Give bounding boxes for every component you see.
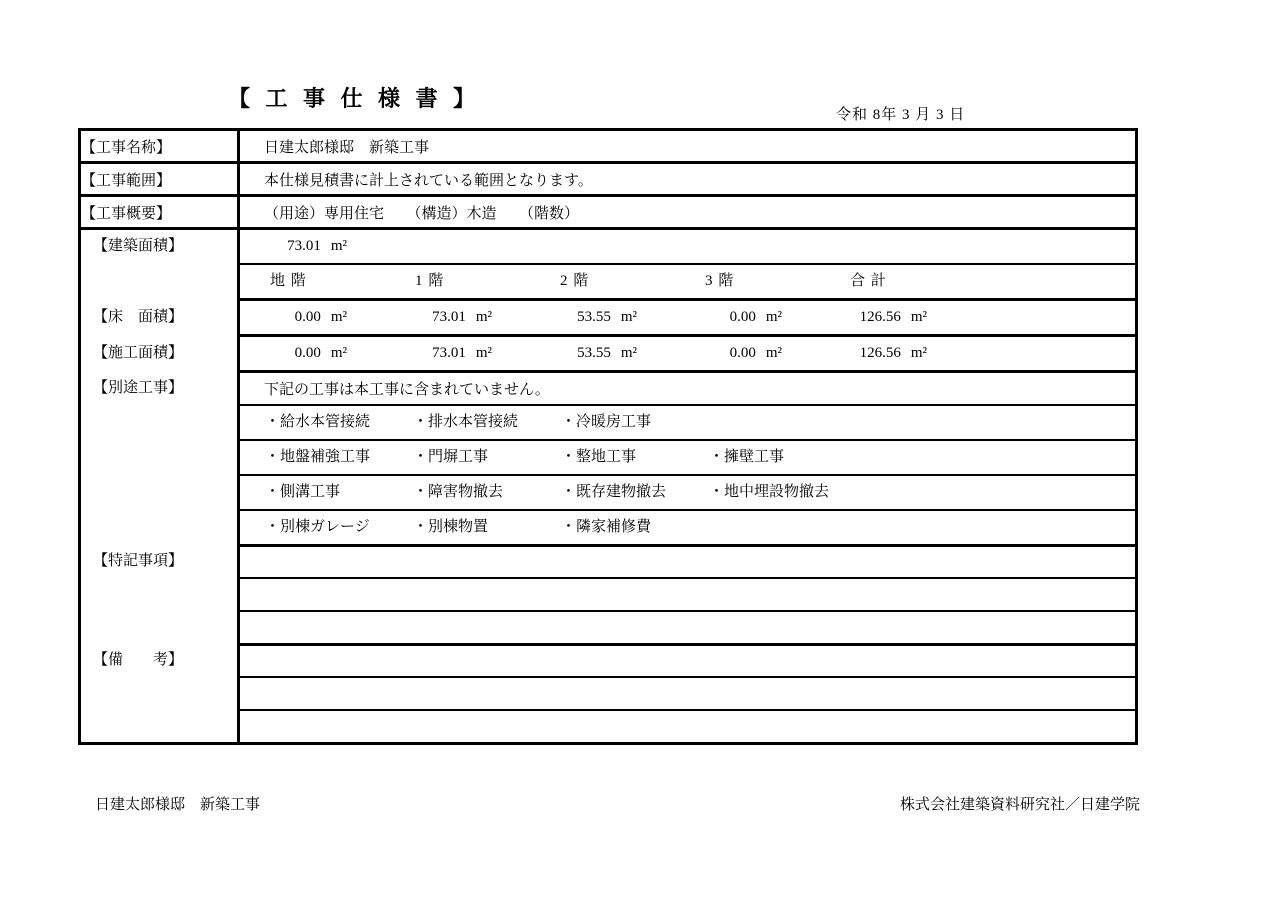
area-value-cell: 0.00m² [240,301,385,334]
separate-work-item: ・側溝工事 [265,476,413,509]
work-summary-label: 【工事概要】 [80,196,239,229]
building-area-value: 73.01m² [240,230,385,263]
specification-table: 【工事名称】 日建太郎様邸 新築工事 【工事範囲】 本仕様見積書に計上されている… [78,128,1138,745]
area-value-cell: 126.56m² [820,301,965,334]
work-summary-value: （用途）専用住宅 （構造）木造 （階数） [239,196,1137,229]
construction-area-values-row: 0.00m² 73.01m² 53.55m² 0.00m² 126.56m² [239,336,1137,372]
table-row: 【工事概要】 （用途）専用住宅 （構造）木造 （階数） [80,196,1137,229]
area-value-cell: 53.55m² [530,337,675,370]
page-title: 【 工 事 仕 様 書 】 [228,82,480,113]
document-date: 令和 8年 3 月 3 日 [836,103,965,124]
separate-work-item: ・隣家補修費 [561,511,709,544]
separate-works-intro: 下記の工事は本工事に含まれていません。 [239,372,1137,405]
separate-work-item: ・地中埋設物撤去 [709,476,857,509]
column-header-basement: 地 階 [240,265,385,298]
special-notes-row-1 [239,545,1137,578]
project-name-value: 日建太郎様邸 新築工事 [239,130,1137,163]
separate-work-item: ・給水本管接続 [265,406,413,439]
separate-works-label: 【別途工事】 [93,372,183,405]
separate-works-row-2: ・地盤補強工事 ・門塀工事 ・整地工事 ・擁壁工事 [239,440,1137,475]
work-scope-value: 本仕様見積書に計上されている範囲となります。 [239,163,1137,196]
separate-works-label-cell: 【別途工事】 [80,372,239,546]
area-value-cell: 53.55m² [530,301,675,334]
remarks-label: 【備 考】 [93,644,183,677]
table-row: 【工事範囲】 本仕様見積書に計上されている範囲となります。 [80,163,1137,196]
remarks-row-2 [239,677,1137,710]
area-labels-cell: 【建築面積】 【床 面積】 【施工面積】 [80,229,239,372]
area-value-cell: 126.56m² [820,337,965,370]
area-value-cell: 73.01m² [385,337,530,370]
footer-project-name: 日建太郎様邸 新築工事 [95,793,260,814]
separate-work-item: ・排水本管接続 [413,406,561,439]
table-row: 【特記事項】 [80,545,1137,578]
special-notes-row-2 [239,578,1137,611]
project-name-label: 【工事名称】 [80,130,239,163]
separate-work-item: ・地盤補強工事 [265,441,413,474]
separate-work-item [709,406,857,439]
building-area-value-row: 73.01m² [239,229,1137,265]
document-page: 【 工 事 仕 様 書 】 令和 8年 3 月 3 日 【工事名称】 日建太郎様… [0,0,1280,905]
separate-work-item [709,511,857,544]
building-area-label: 【建築面積】 [93,230,183,263]
area-value-cell: 0.00m² [240,337,385,370]
special-notes-label: 【特記事項】 [93,545,183,578]
separate-works-row-1: ・給水本管接続 ・排水本管接続 ・冷暖房工事 [239,405,1137,440]
separate-works-row-3: ・側溝工事 ・障害物撤去 ・既存建物撤去 ・地中埋設物撤去 [239,475,1137,510]
table-row: 【備 考】 [80,644,1137,677]
area-value-cell: 0.00m² [675,301,820,334]
separate-work-item: ・障害物撤去 [413,476,561,509]
footer-company-name: 株式会社建築資料研究社／日建学院 [900,793,1140,814]
floor-area-values-row: 0.00m² 73.01m² 53.55m² 0.00m² 126.56m² [239,300,1137,336]
area-value-cell: 73.01m² [385,301,530,334]
separate-works-row-4: ・別棟ガレージ ・別棟物置 ・隣家補修費 [239,510,1137,546]
column-header-second-floor: 2 階 [530,265,675,298]
floor-header-row: 地 階 1 階 2 階 3 階 合 計 [239,264,1137,300]
remarks-label-cell: 【備 考】 [80,644,239,743]
separate-work-item: ・別棟物置 [413,511,561,544]
separate-work-item: ・冷暖房工事 [561,406,709,439]
separate-work-item: ・既存建物撤去 [561,476,709,509]
separate-work-item: ・別棟ガレージ [265,511,413,544]
remarks-row-3 [239,710,1137,743]
remarks-row-1 [239,644,1137,677]
special-notes-row-3 [239,611,1137,644]
construction-area-label: 【施工面積】 [93,337,183,370]
work-scope-label: 【工事範囲】 [80,163,239,196]
table-row: 【工事名称】 日建太郎様邸 新築工事 [80,130,1137,163]
special-notes-label-cell: 【特記事項】 [80,545,239,644]
table-row: 【別途工事】 下記の工事は本工事に含まれていません。 [80,372,1137,405]
column-header-total: 合 計 [820,265,965,298]
column-header-third-floor: 3 階 [675,265,820,298]
separate-work-item: ・門塀工事 [413,441,561,474]
separate-work-item: ・擁壁工事 [709,441,857,474]
floor-area-label: 【床 面積】 [93,301,183,334]
column-header-first-floor: 1 階 [385,265,530,298]
area-value-cell: 0.00m² [675,337,820,370]
table-row: 【建築面積】 【床 面積】 【施工面積】 73.01m² [80,229,1137,265]
separate-work-item: ・整地工事 [561,441,709,474]
